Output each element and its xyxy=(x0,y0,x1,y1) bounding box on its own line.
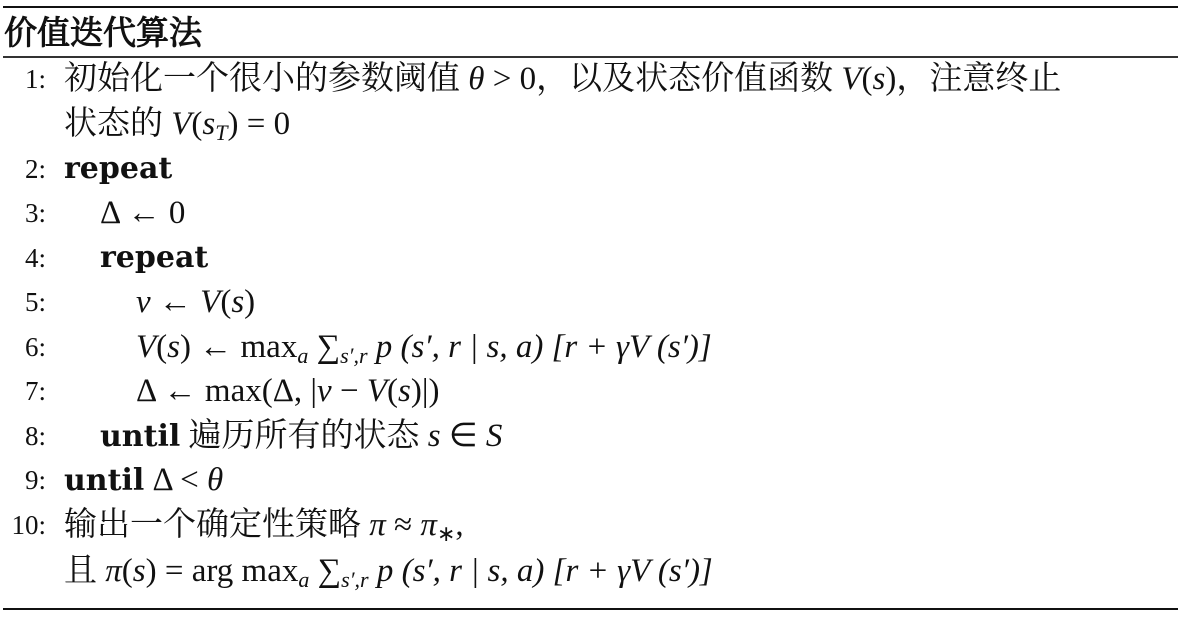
algorithm-line-5: 5: v ← V(s) xyxy=(0,280,1190,324)
line-text: 且 π(s) = arg maxa ∑s′,r p (s′, r | s, a)… xyxy=(64,549,713,593)
keyword-until: until xyxy=(64,463,144,498)
keyword-repeat: repeat xyxy=(100,236,208,280)
line-number: 6: xyxy=(0,325,46,369)
algorithm-line-3: 3: Δ ← 0 xyxy=(0,191,1190,235)
line-number: 5: xyxy=(0,280,46,324)
algorithm-line-2: 2: repeat xyxy=(0,147,1190,191)
line-number: 2: xyxy=(0,147,46,191)
algorithm-line-7: 7: Δ ← max(Δ, |v − V(s)|) xyxy=(0,369,1190,413)
line-number: 10: xyxy=(0,503,46,547)
line-number: 4: xyxy=(0,236,46,280)
algorithm-line-10-continuation: 且 π(s) = arg maxa ∑s′,r p (s′, r | s, a)… xyxy=(0,549,1190,593)
algorithm-line-6: 6: V(s) ← maxa ∑s′,r p (s′, r | s, a) [r… xyxy=(0,325,1190,369)
line-text: until Δ < θ xyxy=(64,458,223,503)
line-number: 8: xyxy=(0,414,46,458)
algorithm-line-10: 10: 输出一个确定性策略 π ≈ π∗, xyxy=(0,503,1190,547)
algorithm-line-4: 4: repeat xyxy=(0,236,1190,280)
algorithm-line-9: 9: until Δ < θ xyxy=(0,458,1190,502)
line-text: Δ ← 0 xyxy=(100,191,185,235)
line-text: 状态的 V(sT) = 0 xyxy=(64,102,290,146)
algorithm-line-1: 1: 初始化一个很小的参数阈值 θ > 0，以及状态价值函数 V(s)，注意终止 xyxy=(0,57,1190,101)
line-text: 输出一个确定性策略 π ≈ π∗, xyxy=(64,503,464,547)
line-text: Δ ← max(Δ, |v − V(s)|) xyxy=(136,369,439,413)
line-text: until 遍历所有的状态 s ∈ S xyxy=(100,414,502,459)
algorithm-line-1-continuation: 状态的 V(sT) = 0 xyxy=(0,102,1190,146)
algorithm-title: 价值迭代算法 xyxy=(4,11,202,55)
line-text: V(s) ← maxa ∑s′,r p (s′, r | s, a) [r + … xyxy=(136,325,712,369)
line-number: 1: xyxy=(0,57,46,101)
line-number: 3: xyxy=(0,191,46,235)
algorithm-line-8: 8: until 遍历所有的状态 s ∈ S xyxy=(0,414,1190,458)
top-rule xyxy=(3,6,1178,8)
keyword-repeat: repeat xyxy=(64,147,172,191)
bottom-rule xyxy=(3,608,1178,610)
keyword-until: until xyxy=(100,419,180,454)
line-text: v ← V(s) xyxy=(136,280,255,324)
line-text: 初始化一个很小的参数阈值 θ > 0，以及状态价值函数 V(s)，注意终止 xyxy=(64,57,1061,101)
line-number: 9: xyxy=(0,458,46,502)
line-number: 7: xyxy=(0,369,46,413)
